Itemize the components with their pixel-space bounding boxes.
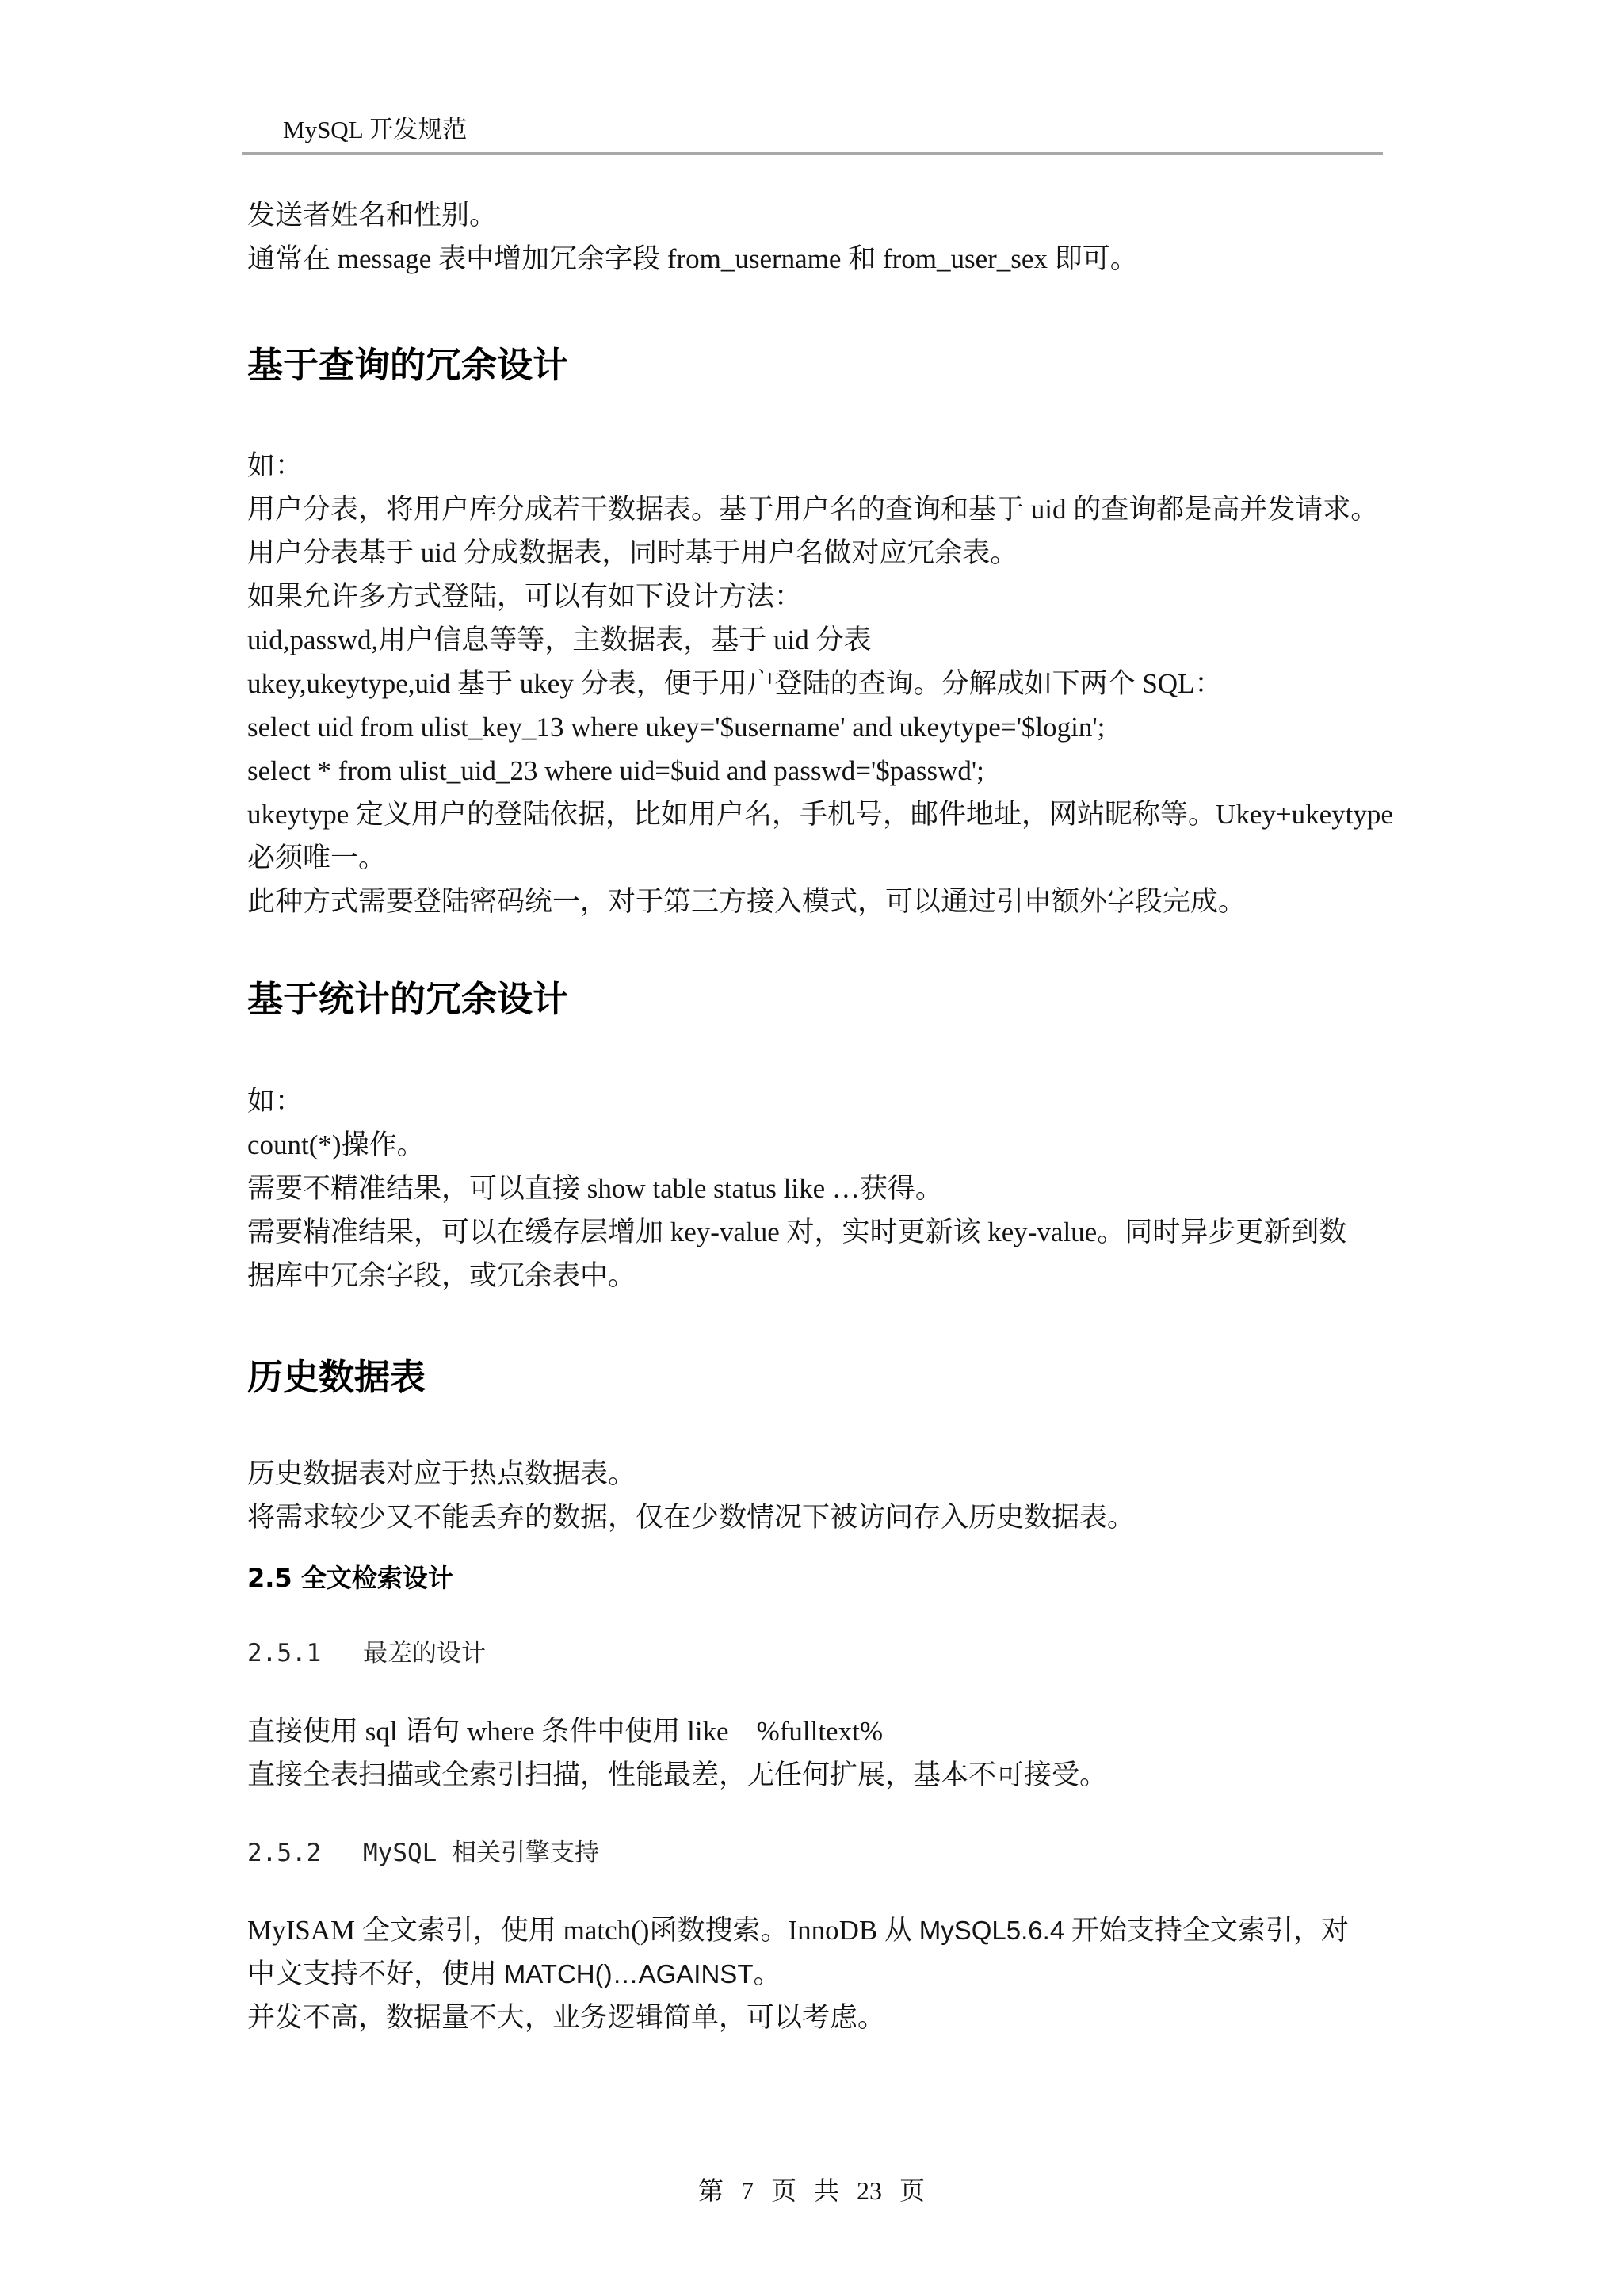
paragraph-line: 直接使用 sql 语句 where 条件中使用 like %fulltext% — [247, 1716, 883, 1748]
paragraph-line: ukeytype 定义用户的登陆依据，比如用户名，手机号，邮件地址，网站昵称等。… — [247, 799, 1393, 831]
paragraph-line: 如： — [247, 450, 303, 482]
paragraph-line: count(*)操作。 — [247, 1129, 425, 1161]
subsection-heading-2-5-2: 2.5.2MySQL 相关引擎支持 — [247, 1839, 599, 1867]
page-header: MySQL 开发规范 — [242, 111, 1383, 155]
paragraph-line: 将需求较少又不能丢弃的数据，仅在少数情况下被访问存入历史数据表。 — [247, 1502, 1135, 1534]
paragraph-line: 历史数据表对应于热点数据表。 — [247, 1458, 636, 1490]
document-title: MySQL 开发规范 — [283, 116, 467, 144]
paragraph-line: 此种方式需要登陆密码统一，对于第三方接入模式，可以通过引申额外字段完成。 — [247, 886, 1246, 918]
paragraph-line: 发送者姓名和性别。 — [247, 200, 497, 231]
paragraph-line: ukey,ukeytype,uid 基于 ukey 分表，便于用户登陆的查询。分… — [247, 668, 1222, 700]
text-run: 中文支持不好，使用 — [247, 1958, 504, 1989]
text-run: 。 — [753, 1958, 781, 1989]
section-heading-fulltext: 2.5 全文检索设计 — [247, 1563, 453, 1593]
paragraph-line: 需要精准结果，可以在缓存层增加 key-value 对，实时更新该 key-va… — [247, 1217, 1346, 1248]
version-text: MySQL5.6.4 — [919, 1916, 1064, 1945]
paragraph-line: 并发不高，数据量不大，业务逻辑简单，可以考虑。 — [247, 2002, 885, 2034]
text-run: MyISAM 全文索引，使用 match()函数搜索。InnoDB 从 — [247, 1915, 919, 1946]
section-heading-query-redundancy: 基于查询的冗余设计 — [247, 345, 568, 386]
section-heading-stats-redundancy: 基于统计的冗余设计 — [247, 979, 568, 1020]
paragraph-line: 如果允许多方式登陆，可以有如下设计方法： — [247, 581, 802, 613]
paragraph-line: 据库中冗余字段，或冗余表中。 — [247, 1260, 636, 1292]
paragraph-line: MyISAM 全文索引，使用 match()函数搜索。InnoDB 从 MySQ… — [247, 1915, 1349, 1946]
sql-line: select uid from ulist_key_13 where ukey=… — [247, 712, 1105, 743]
paragraph-line: 用户分表，将用户库分成若干数据表。基于用户名的查询和基于 uid 的查询都是高并… — [247, 494, 1378, 525]
sql-line: select * from ulist_uid_23 where uid=$ui… — [247, 755, 984, 787]
subsection-number: 2.5.1 — [247, 1639, 363, 1668]
page-number-footer: 第 7 页 共 23 页 — [0, 2176, 1623, 2205]
paragraph-line: 用户分表基于 uid 分成数据表，同时基于用户名做对应冗余表。 — [247, 537, 1018, 569]
section-heading-history-tables: 历史数据表 — [247, 1357, 426, 1398]
paragraph-line: 需要不精准结果，可以直接 show table status like …获得。 — [247, 1173, 943, 1205]
subsection-heading-2-5-1: 2.5.1最差的设计 — [247, 1639, 486, 1668]
paragraph-line: 通常在 message 表中增加冗余字段 from_username 和 fro… — [247, 243, 1138, 275]
paragraph-line: 直接全表扫描或全索引扫描，性能最差，无任何扩展，基本不可接受。 — [247, 1759, 1107, 1791]
paragraph-line: 必须唯一。 — [247, 842, 386, 874]
paragraph-line: uid,passwd,用户信息等等，主数据表，基于 uid 分表 — [247, 625, 872, 656]
code-text: MATCH()…AGAINST — [504, 1959, 754, 1988]
subsection-title: 最差的设计 — [363, 1639, 486, 1668]
subsection-title: MySQL 相关引擎支持 — [363, 1839, 599, 1867]
paragraph-line: 如： — [247, 1086, 303, 1117]
text-run: 开始支持全文索引，对 — [1064, 1915, 1349, 1946]
paragraph-line: 中文支持不好，使用 MATCH()…AGAINST。 — [247, 1958, 781, 1990]
subsection-number: 2.5.2 — [247, 1839, 363, 1867]
